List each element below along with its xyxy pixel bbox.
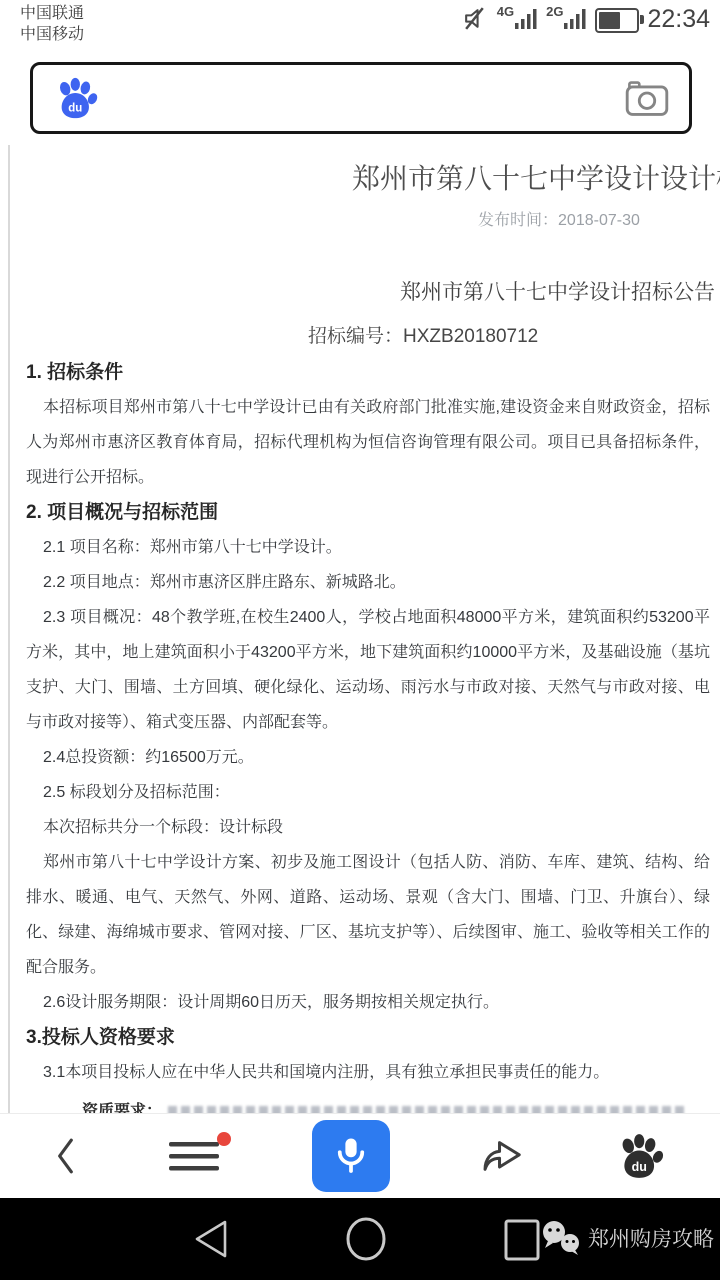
- bid-number-value: HXZB20180712: [403, 326, 538, 347]
- document-page: 郑州市第八十七中学设计设计标 发布时间：2018-07-30 郑州市第八十七中学…: [0, 145, 720, 1113]
- clock: 22:34: [647, 5, 710, 34]
- android-nav-bar: 郑州购房攻略: [0, 1198, 720, 1280]
- signal-bars-icon: [564, 8, 587, 32]
- mute-icon: [462, 5, 489, 32]
- network-type-label: 2G: [546, 5, 563, 18]
- share-button[interactable]: [481, 1136, 525, 1176]
- publish-label: 发布时间：: [478, 212, 558, 229]
- signal-bars-icon: [515, 8, 538, 32]
- browser-toolbar: du: [0, 1113, 720, 1198]
- baidu-home-button[interactable]: du: [615, 1131, 665, 1181]
- baidu-logo-icon: du: [53, 75, 99, 121]
- android-back-button[interactable]: [192, 1218, 230, 1263]
- paragraph: 2.4总投资额：约16500万元。: [26, 740, 710, 775]
- announcement-title: 郑州市第八十七中学设计招标公告: [400, 276, 715, 306]
- publish-time: 发布时间：2018-07-30: [478, 207, 640, 230]
- section-heading: 3.投标人资格要求: [26, 1020, 710, 1055]
- document-body: 1. 招标条件 本招标项目郑州市第八十七中学设计已由有关政府部门批准实施,建设资…: [0, 355, 720, 1113]
- search-input[interactable]: du: [30, 62, 692, 134]
- android-home-button[interactable]: [344, 1217, 388, 1264]
- watermark: 郑州购房攻略: [540, 1220, 714, 1256]
- search-bar-row: du: [0, 50, 720, 145]
- article-title: 郑州市第八十七中学设计设计标: [352, 157, 720, 197]
- paragraph: 2.1 项目名称：郑州市第八十七中学设计。: [26, 530, 710, 565]
- android-recents-button[interactable]: [502, 1218, 542, 1265]
- clipped-text-line: 资质要求：: [26, 1094, 710, 1113]
- back-chevron-icon: [55, 1137, 77, 1175]
- publish-date: 2018-07-30: [558, 212, 640, 229]
- battery-icon: [595, 8, 639, 33]
- status-icons: 4G 2G 22:34: [462, 5, 710, 34]
- bid-number-label: 招标编号：: [308, 326, 403, 347]
- paragraph: 2.5 标段划分及招标范围：: [26, 775, 710, 810]
- share-arrow-icon: [481, 1136, 525, 1176]
- svg-text:du: du: [68, 103, 82, 115]
- battery-level: [599, 12, 620, 29]
- paragraph: 2.2 项目地点：郑州市惠济区胖庄路东、新城路北。: [26, 565, 710, 600]
- carrier-name-1: 中国联通: [20, 3, 84, 24]
- home-circle-icon: [344, 1217, 388, 1261]
- paragraph: 2.6设计服务期限：设计周期60日历天，服务期按相关规定执行。: [26, 985, 710, 1020]
- wechat-icon: [540, 1220, 582, 1256]
- carrier-names: 中国联通 中国移动: [20, 3, 84, 45]
- illegible-text: [168, 1106, 688, 1113]
- watermark-text: 郑州购房攻略: [588, 1223, 714, 1253]
- notification-badge: [217, 1132, 231, 1146]
- back-button[interactable]: [55, 1137, 77, 1175]
- paragraph: 3.1本项目投标人应在中华人民共和国境内注册，具有独立承担民事责任的能力。: [26, 1055, 710, 1090]
- carrier-name-2: 中国移动: [20, 24, 84, 45]
- clipped-text-prefix: 资质要求：: [82, 1103, 162, 1113]
- status-bar: 中国联通 中国移动 4G 2G: [0, 0, 720, 50]
- baidu-paw-icon: du: [615, 1131, 665, 1181]
- phone-screen: 中国联通 中国移动 4G 2G: [0, 0, 720, 1280]
- svg-text:du: du: [632, 1160, 647, 1174]
- paragraph: 本次招标共分一个标段：设计标段: [26, 810, 710, 845]
- voice-search-button[interactable]: [312, 1120, 390, 1192]
- section-heading: 2. 项目概况与招标范围: [26, 495, 710, 530]
- recents-square-icon: [502, 1218, 542, 1262]
- paragraph: 2.3 项目概况：48个教学班,在校生2400人，学校占地面积48000平方米，…: [26, 600, 710, 740]
- signal-2g: 2G: [546, 5, 587, 32]
- back-triangle-icon: [192, 1218, 230, 1260]
- camera-search-icon[interactable]: [625, 80, 669, 117]
- network-type-label: 4G: [497, 5, 514, 18]
- signal-4g: 4G: [497, 5, 538, 32]
- menu-button[interactable]: [168, 1136, 222, 1176]
- bid-number: 招标编号：HXZB20180712: [308, 321, 538, 348]
- paragraph: 本招标项目郑州市第八十七中学设计已由有关政府部门批准实施,建设资金来自财政资金，…: [26, 390, 710, 495]
- paragraph: 郑州市第八十七中学设计方案、初步及施工图设计（包括人防、消防、车库、建筑、结构、…: [26, 845, 710, 985]
- microphone-icon: [331, 1134, 371, 1178]
- section-heading: 1. 招标条件: [26, 355, 710, 390]
- menu-lines-icon: [168, 1136, 222, 1176]
